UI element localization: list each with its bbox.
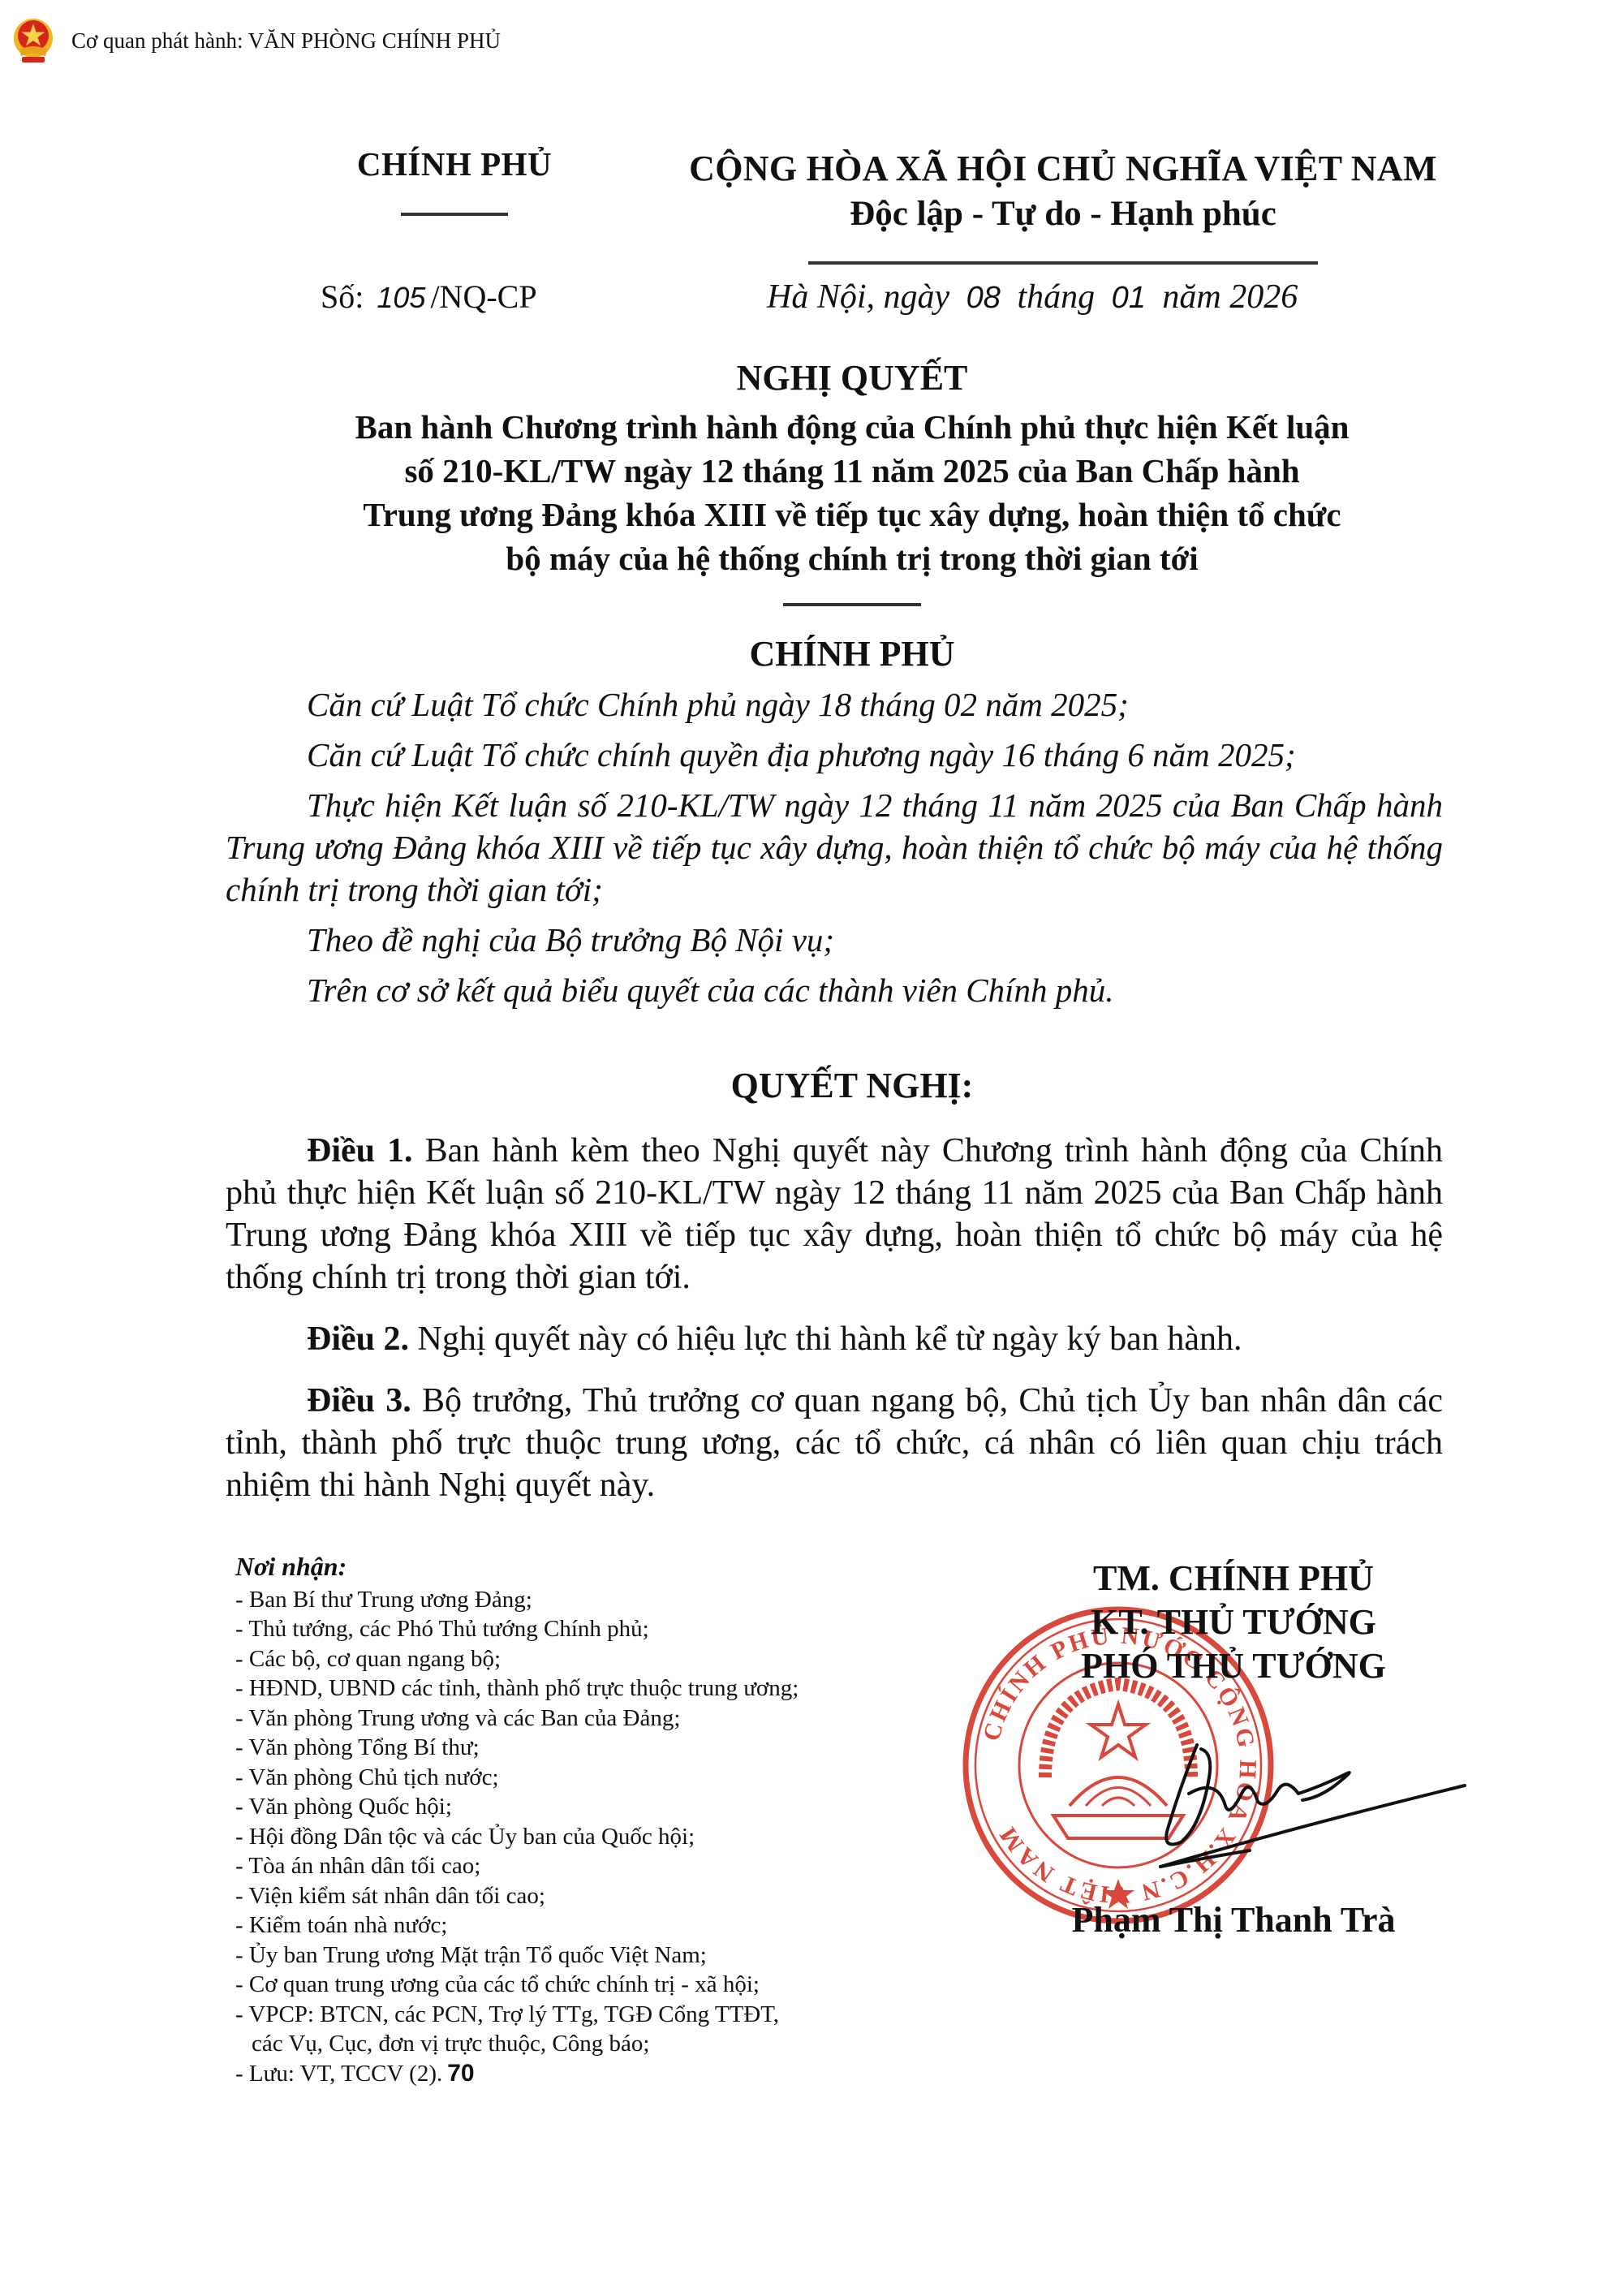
document-title: NGHỊ QUYẾT Ban hành Chương trình hành độ… [243,357,1461,606]
month-label: tháng [1017,278,1095,316]
decision-heading: QUYẾT NGHỊ: [243,1065,1461,1106]
recipient-item: - Văn phòng Quốc hội; [235,1792,949,1822]
archive-handwritten-count: 70 [447,2060,474,2087]
recipient-item: - HĐND, UBND các tỉnh, thành phố trực th… [235,1674,949,1704]
recipient-item: - Các bộ, cơ quan ngang bộ; [235,1644,949,1674]
doc-number-prefix: Số: [321,278,364,315]
header-national-title: CỘNG HÒA XÃ HỘI CHỦ NGHĨA VIỆT NAM Độc l… [665,148,1461,265]
document-subject: Ban hành Chương trình hành động của Chín… [264,405,1440,580]
preamble-clause: Theo đề nghị của Bộ trưởng Bộ Nội vụ; [226,919,1443,961]
archive-line: - Lưu: VT, TCCV (2).70 [235,2059,949,2089]
preamble-clause: Căn cứ Luật Tổ chức Chính phủ ngày 18 th… [226,683,1443,726]
year: năm 2026 [1162,278,1298,316]
divider [808,261,1318,265]
recipient-item: - Thủ tướng, các Phó Thủ tướng Chính phủ… [235,1614,949,1644]
article-label: Điều 3. [307,1382,411,1419]
handwritten-signature-icon [1136,1729,1477,1875]
recipient-item: - Văn phòng Chủ tịch nước; [235,1763,949,1793]
recipient-item: - Cơ quan trung ương của các tổ chức chí… [235,1970,949,2000]
article-3: Điều 3. Bộ trưởng, Thủ trưởng cơ quan ng… [226,1380,1443,1506]
recipient-item: - VPCP: BTCN, các PCN, Trợ lý TTg, TGĐ C… [235,2000,949,2030]
preamble-clause: Căn cứ Luật Tổ chức chính quyền địa phươ… [226,734,1443,776]
header-issuing-org: CHÍNH PHỦ [308,144,601,216]
article-label: Điều 1. [307,1132,413,1170]
place: Hà Nội, ngày [767,278,949,316]
recipient-item-continuation: các Vụ, Cục, đơn vị trực thuộc, Công báo… [235,2029,949,2059]
subject-line: Trung ương Đảng khóa XIII về tiếp tục xâ… [264,493,1440,536]
article-label: Điều 2. [307,1320,409,1358]
recipients-heading: Nơi nhận: [235,1552,949,1582]
preamble-clause: Thực hiện Kết luận số 210-KL/TW ngày 12 … [226,784,1443,911]
signature-title: PHÓ THỦ TƯỚNG [1022,1644,1444,1688]
signature-title: TM. CHÍNH PHỦ [1022,1557,1444,1600]
recipients-list: Nơi nhận: - Ban Bí thư Trung ương Đảng; … [235,1552,949,2088]
issuing-body-heading: CHÍNH PHỦ [243,633,1461,674]
recipient-item: - Ủy ban Trung ương Mặt trận Tổ quốc Việ… [235,1941,949,1971]
articles: Điều 1. Ban hành kèm theo Nghị quyết này… [226,1130,1443,1526]
article-1: Điều 1. Ban hành kèm theo Nghị quyết này… [226,1130,1443,1299]
recipient-item: - Ban Bí thư Trung ương Đảng; [235,1585,949,1615]
signature-title: KT. THỦ TƯỚNG [1022,1600,1444,1644]
document-type: NGHỊ QUYẾT [243,357,1461,398]
divider [783,603,921,606]
divider [401,213,508,216]
signer-name: Phạm Thị Thanh Trà [1022,1899,1444,1941]
national-motto: Độc lập - Tự do - Hạnh phúc [665,194,1461,234]
recipient-item: - Văn phòng Trung ương và các Ban của Đả… [235,1704,949,1734]
recipient-item: - Văn phòng Tổng Bí thư; [235,1733,949,1763]
signature-block: TM. CHÍNH PHỦ KT. THỦ TƯỚNG PHÓ THỦ TƯỚN… [1022,1557,1444,1688]
issuer-label: Cơ quan phát hành: VĂN PHÒNG CHÍNH PHỦ [71,28,501,54]
preamble-clause: Trên cơ sở kết quả biểu quyết của các th… [226,969,1443,1011]
issuer-bar: Cơ quan phát hành: VĂN PHÒNG CHÍNH PHỦ [6,11,501,70]
recipient-item: - Viện kiểm sát nhân dân tối cao; [235,1881,949,1911]
month-handwritten: 01 [1112,281,1146,315]
doc-number-suffix: /NQ-CP [430,278,536,315]
document-number: Số: 105/NQ-CP [321,278,537,316]
nation-name: CỘNG HÒA XÃ HỘI CHỦ NGHĨA VIỆT NAM [665,148,1461,189]
subject-line: số 210-KL/TW ngày 12 tháng 11 năm 2025 c… [264,449,1440,493]
subject-line: Ban hành Chương trình hành động của Chín… [264,405,1440,449]
article-text: Nghị quyết này có hiệu lực thi hành kể t… [418,1320,1242,1358]
recipient-item: - Tòa án nhân dân tối cao; [235,1851,949,1881]
article-2: Điều 2. Nghị quyết này có hiệu lực thi h… [226,1318,1443,1360]
national-emblem-icon [6,14,60,67]
archive-text: - Lưu: VT, TCCV (2). [235,2061,442,2087]
doc-number-handwritten: 105 [377,281,425,314]
recipient-item: - Hội đồng Dân tộc và các Ủy ban của Quố… [235,1822,949,1852]
day-handwritten: 08 [966,281,1001,315]
place-date: Hà Nội, ngày 08 tháng 01 năm 2026 [767,278,1298,317]
recipient-item: - Kiểm toán nhà nước; [235,1910,949,1941]
preamble: Căn cứ Luật Tổ chức Chính phủ ngày 18 th… [226,683,1443,1019]
subject-line: bộ máy của hệ thống chính trị trong thời… [264,536,1440,580]
org-name: CHÍNH PHỦ [308,144,601,183]
